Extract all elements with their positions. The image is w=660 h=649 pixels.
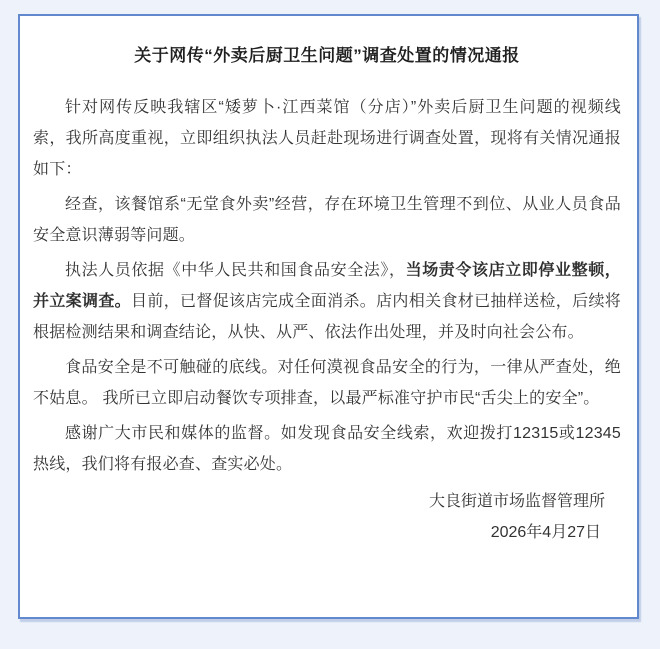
notice-paragraph-findings: 经查，该餐馆系“无堂食外卖”经营，存在环境卫生管理不到位、从业人员食品安全意识薄…	[33, 189, 621, 251]
enforcement-text-pre: 执法人员依据《中华人民共和国食品安全法》，	[65, 262, 406, 279]
notice-paragraph-hotline: 感谢广大市民和媒体的监督。如发现食品安全线索，欢迎拨打12315或12345热线…	[33, 418, 621, 480]
notice-paragraph-intro: 针对网传反映我辖区“矮萝卜·江西菜馆（分店）”外卖后厨卫生问题的视频线索，我所高…	[33, 92, 621, 185]
signature-date: 2026年4月27日	[33, 517, 621, 548]
signature-issuer: 大良街道市场监督管理所	[33, 486, 621, 517]
notice-paragraph-commitment: 食品安全是不可触碰的底线。对任何漠视食品安全的行为，一律从严查处，绝不姑息。 我…	[33, 352, 621, 414]
notice-paragraph-enforcement: 执法人员依据《中华人民共和国食品安全法》，当场责令该店立即停业整顿，并立案调查。…	[33, 255, 621, 348]
notice-card: 关于网传“外卖后厨卫生问题”调查处置的情况通报 针对网传反映我辖区“矮萝卜·江西…	[18, 14, 639, 619]
notice-page: { "page": { "colors": { "page_background…	[0, 0, 660, 649]
signature-block: 大良街道市场监督管理所 2026年4月27日	[33, 486, 621, 548]
notice-title: 关于网传“外卖后厨卫生问题”调查处置的情况通报	[33, 44, 621, 68]
